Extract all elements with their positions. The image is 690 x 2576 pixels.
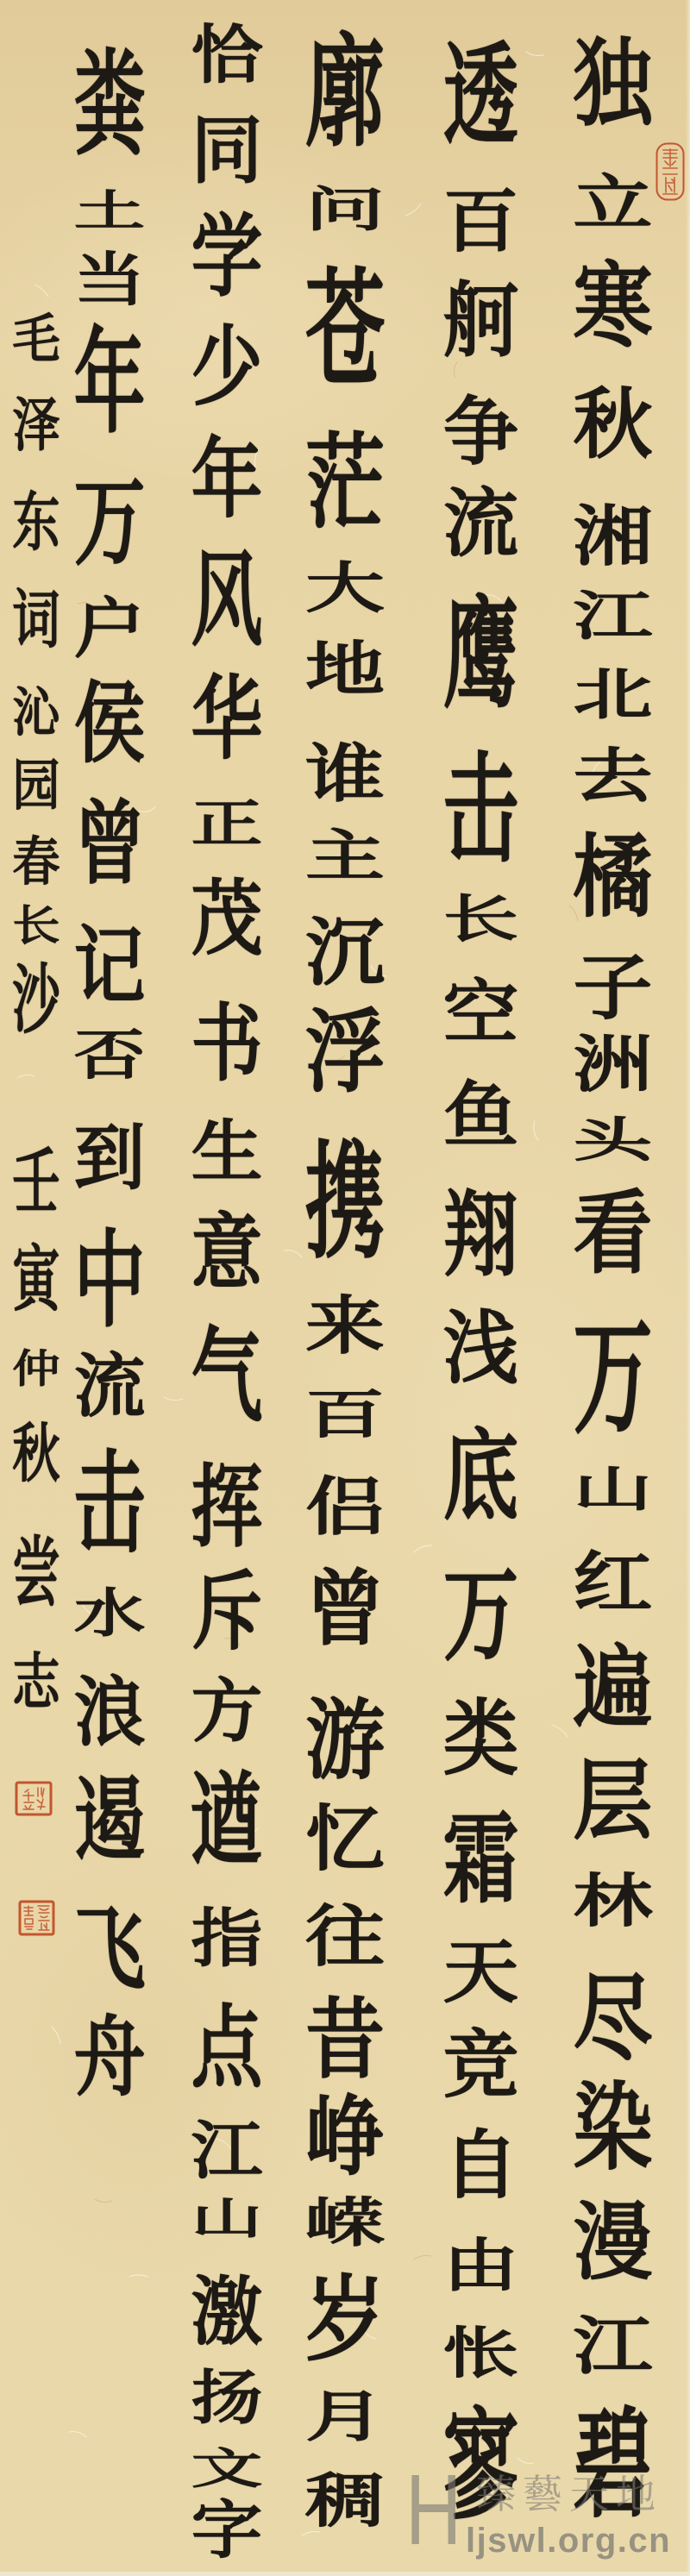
seal-top-right [655,142,685,201]
inscription-date-character: 秋 [3,1420,69,1489]
calligraphy-scroll: 独 立 寒 秋 湘 江 北 去 橘 子 洲 头 看 万 山 红 遍 层 林 尽 … [0,0,690,2576]
poem-character: 北 [550,664,675,724]
poem-character: 主 [285,825,405,886]
poem-character: 天 [423,1934,539,2009]
poem-character: 方 [174,1673,279,1748]
poem-character: 万 [57,469,162,574]
poem-character: 月 [285,2386,405,2447]
poem-character: 空 [423,975,539,1050]
poem-character: 怅 [423,2322,539,2383]
poem-character: 茂 [174,874,279,963]
poem-character: 曾 [285,1564,405,1653]
poem-character: 到 [57,1119,162,1196]
paper-edge-bottom [0,2572,690,2576]
poem-character: 江 [550,2311,675,2380]
inscription-column: 毛 泽 东 词 沁 园 春 长 沙 壬 寅 仲 秋 尝 志 [3,0,69,2576]
poem-character: 山 [174,2195,279,2241]
watermark-name: 臻藝天地 [476,2472,678,2516]
poem-character: 流 [57,1348,162,1423]
paper-edge-right [686,0,690,2576]
poem-character: 昔 [285,1992,405,2087]
poem-character: 问 [285,184,405,235]
poem-character: 曾 [57,793,162,893]
seal-lower-left-1 [15,1781,53,1816]
poem-character: 游 [285,1693,405,1788]
poem-character: 激 [174,2271,279,2352]
poem-character: 遍 [550,1639,675,1736]
poem-character: 华 [174,668,279,768]
poem-character: 否 [57,1025,162,1084]
signature-character: 志 [3,1650,69,1716]
poem-character: 苍 [285,261,405,399]
inscription-date-character: 寅 [3,1242,69,1319]
poem-character: 侣 [285,1472,405,1541]
poem-character: 当 [57,248,162,310]
poem-character: 少 [174,319,279,414]
poem-character: 染 [550,2076,675,2179]
poem-character: 万 [423,1558,539,1670]
poem-character: 记 [57,920,162,1012]
watermark-url: ljswl.org.cn [466,2522,671,2560]
inscription-title-character: 毛 [3,310,69,368]
signature-character: 尝 [3,1532,69,1615]
poem-character: 年 [174,431,279,526]
poem-character: 橘 [550,828,675,925]
poem-character: 岁 [285,2268,405,2369]
poem-column-1: 独 立 寒 秋 湘 江 北 去 橘 子 洲 头 看 万 山 红 遍 层 林 尽 … [550,0,675,2576]
inscription-title-character: 泽 [3,394,69,457]
poem-character: 飞 [57,1900,162,1998]
poem-character: 舸 [423,276,539,365]
poem-character: 江 [174,2115,279,2184]
inscription-title-character: 长 [3,903,69,949]
poem-character: 湘 [550,500,675,572]
seal-lower-left-2 [18,1900,55,1936]
poem-character: 气 [174,1319,279,1432]
poem-character: 争 [423,391,539,472]
poem-character: 长 [423,891,539,946]
poem-column-5: 粪 土 当 年 万 户 侯 曾 记 否 到 中 流 击 水 浪 遏 飞 舟 [57,0,162,2576]
poem-character: 学 [174,207,279,304]
poem-character: 遏 [57,1771,162,1869]
poem-character: 文 [174,2445,279,2491]
poem-character: 自 [423,2124,539,2205]
poem-character: 流 [423,483,539,563]
poem-character: 意 [174,1207,279,1296]
poem-character: 扬 [174,2366,279,2429]
poem-character: 独 [550,32,675,135]
poem-character: 点 [174,1998,279,2096]
watermark-logo-letter: H [405,2460,461,2560]
poem-character: 击 [423,744,539,874]
poem-character: 峥 [285,2090,405,2184]
poem-column-3: 廓 问 苍 茫 大 地 谁 主 沉 浮 携 来 百 侣 曾 游 忆 往 昔 峥 … [285,0,405,2576]
poem-character: 底 [423,1423,539,1529]
poem-character: 年 [57,320,162,444]
poem-column-4: 恰 同 学 少 年 风 华 正 茂 书 生 意 气 挥 斥 方 遒 指 点 江 … [174,0,279,2576]
poem-character: 百 [423,184,539,259]
poem-character: 洲 [550,1031,675,1098]
poem-character: 字 [174,2495,279,2564]
poem-character: 茫 [285,426,405,538]
poem-character: 沉 [285,912,405,992]
inscription-title-character: 春 [3,834,69,891]
poem-character: 类 [423,1693,539,1783]
poem-character: 浮 [285,1003,405,1101]
poem-character: 书 [174,998,279,1089]
poem-character: 来 [285,1291,405,1360]
poem-character: 水 [57,1584,162,1641]
poem-character: 透 [423,34,539,155]
poem-character: 谁 [285,739,405,808]
poem-character: 土 [57,187,162,234]
inscription-title-character: 沙 [3,960,69,1043]
poem-character: 竞 [423,2024,539,2104]
poem-character: 稠 [285,2469,405,2533]
poem-character: 层 [550,1753,675,1848]
poem-character: 浅 [423,1305,539,1391]
poem-character: 山 [550,1463,675,1515]
poem-character: 斥 [174,1564,279,1658]
poem-character: 子 [550,949,675,1026]
poem-character: 江 [550,586,675,644]
poem-character: 由 [423,2234,539,2297]
poem-character: 舟 [57,2009,162,2104]
poem-character: 霜 [423,1805,539,1912]
inscription-title-character: 词 [3,586,69,655]
poem-character: 嵘 [285,2193,405,2251]
poem-character: 廓 [285,26,405,158]
poem-character: 看 [550,1184,675,1282]
poem-character: 侯 [57,674,162,770]
inscription-title-character: 园 [3,756,69,817]
poem-character: 指 [174,1903,279,1972]
poem-character: 浪 [57,1670,162,1753]
poem-character: 恰 [174,20,279,89]
poem-character: 林 [550,1869,675,1932]
inscription-title-character: 沁 [3,684,69,742]
inscription-title-character: 东 [3,489,69,558]
poem-character: 百 [285,1386,405,1443]
poem-character: 红 [550,1546,675,1619]
inscription-date-character: 仲 [3,1348,69,1391]
poem-character: 寒 [550,256,675,356]
poem-character: 翔 [423,1184,539,1285]
poem-character: 携 [285,1133,405,1271]
inscription-date-character: 壬 [3,1144,69,1222]
poem-character: 正 [174,796,279,851]
poem-character: 忆 [285,1800,405,1877]
poem-character: 大 [285,558,405,617]
poem-character: 万 [550,1308,675,1446]
poem-column-2: 透 百 舸 争 流 鹰 击 长 空 鱼 翔 浅 底 万 类 霜 天 竞 自 由 … [423,0,539,2576]
poem-character: 遒 [174,1765,279,1874]
poem-character: 同 [174,110,279,190]
poem-character: 秋 [550,382,675,466]
poem-character: 鹰 [423,588,539,719]
poem-character: 漫 [550,2197,675,2288]
poem-character: 中 [57,1222,162,1337]
poem-character: 地 [285,637,405,701]
poem-character: 往 [285,1900,405,1972]
poem-character: 风 [174,543,279,655]
poem-character: 击 [57,1443,162,1564]
poem-character: 去 [550,744,675,808]
poem-character: 生 [174,1115,279,1188]
poem-character: 挥 [174,1457,279,1555]
poem-character: 户 [57,592,162,664]
poem-character: 粪 [57,42,162,166]
poem-character: 鱼 [423,1075,539,1153]
poem-character: 头 [550,1114,675,1166]
poem-character: 尽 [550,1966,675,2070]
